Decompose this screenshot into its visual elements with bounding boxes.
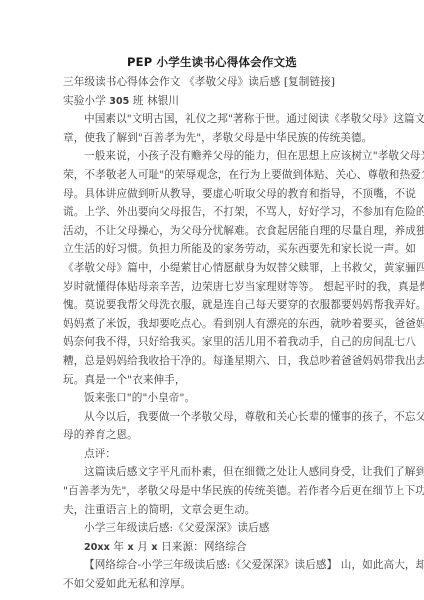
paragraph-line: 荣，不孝敬老人可耻"的荣辱观念，在行为上要做到体贴、关心、尊敬和热爱父 [63, 166, 363, 185]
paragraph-line: "百善孝为先"，孝敬父母是中华民族的传统美德。若作者今后更在细节上下功 [63, 482, 363, 501]
paragraph-line: 玩。真是一个"衣来伸手， [63, 371, 363, 390]
paragraph-line: 愧。莫说要我帮父母洗衣服，就是连自己每天要穿的衣服都要妈妈帮我弄好。 [63, 296, 363, 315]
paragraph-line: 母的养育之恩。 [63, 426, 363, 445]
source-year: 20xx [84, 542, 110, 553]
paragraph-line: 糟，总是妈妈给我收拾干净的。每逢星期六、日，我总吵着爸爸妈妈带我出去 [63, 352, 363, 371]
paragraph-line: 一般来说，小孩子没有赡养父母的能力，但在思想上应该树立"孝敬父母光 [63, 147, 363, 166]
paragraph-line: 这篇读后感文字平凡而朴素，但在细微之处让人感同身受，让我们了解到 [63, 463, 363, 482]
author-line: 实验小学 305 班 林银川 [63, 92, 363, 111]
source-year-suffix: 年 [110, 541, 128, 553]
document-title: PEP 小学生读书心得体会作文选 [0, 54, 424, 70]
paragraph-line: 谎。上学、外出要向父母报告，不打架，不骂人，好好学习，不参加有危险的 [63, 203, 363, 222]
paragraph-line: 妈奈何我不得，只好给我买。家里的活儿用不着我动手，自己的房间乱七八 [63, 333, 363, 352]
paragraph-line: 不如父爱如此无私和淳厚。 [63, 575, 363, 594]
paragraph-line: 【网络综合-小学三年级读后感:《父爱深深》读后感】 山，如此高大，却 [63, 556, 363, 575]
paragraph-line: 饭来张口"的"小皇帝"。 [63, 389, 363, 408]
source-line: 20xx 年 x 月 x 日来源：网络综合 [63, 538, 363, 557]
paragraph-line: 中国素以"文明古国，礼仪之邦"著称于世。通过阅读《孝敬父母》这篇文 [63, 110, 363, 129]
paragraph-line: 《孝敬父母》篇中，小缇萦甘心情愿献身为奴替父赎罪，上书救父，黄家骊四 [63, 259, 363, 278]
author-name: 班 林银川 [129, 95, 179, 107]
subtitle-line: 三年级读书心得体会作文 《孝敬父母》读后感 [复制链接] [63, 73, 363, 92]
paragraph-line: 夫，注重语言上的简明，文章会更生动。 [63, 501, 363, 520]
author-class-number: 305 [109, 96, 129, 107]
copy-link[interactable]: [复制链接] [284, 76, 335, 88]
paragraph-line: 妈妈煮了米饭，我却要吃点心。看到别人有漂亮的东西，就吵着要买，爸爸妈 [63, 315, 363, 334]
paragraph-line: 母。具体讲应做到听从教导，要虚心听取父母的教育和指导，不顶嘴，不说 [63, 185, 363, 204]
document-page: PEP 小学生读书心得体会作文选 三年级读书心得体会作文 《孝敬父母》读后感 [… [0, 0, 424, 600]
section-heading: 小学三年级读后感:《父爱深深》读后感 [63, 519, 363, 538]
subtitle-text: 三年级读书心得体会作文 《孝敬父母》读后感 [63, 76, 284, 88]
source-label: 日来源：网络综合 [158, 541, 247, 553]
paragraph-line: 立生活的好习惯。负担力所能及的家务劳动，买东西要先和家长说一声。如 [63, 240, 363, 259]
paragraph-line: 活动，不让父母操心，为父母分忧解难。衣食起居能自理的尽量自理，养成独 [63, 222, 363, 241]
document-body: 三年级读书心得体会作文 《孝敬父母》读后感 [复制链接] 实验小学 305 班 … [63, 73, 363, 594]
paragraph-line: 岁时就懂得体贴母亲辛苦，边荣唐七岁当家理财等等。 想起平时的我，真是惭 [63, 278, 363, 297]
source-month-suffix: 月 [134, 541, 152, 553]
author-school: 实验小学 [63, 95, 109, 107]
paragraph-line: 章，使我了解到"百善孝为先"，孝敬父母是中华民族的传统美德。 [63, 129, 363, 148]
paragraph-line: 从今以后，我要做一个孝敬父母，尊敬和关心长辈的懂事的孩子，不忘父 [63, 408, 363, 427]
comment-label: 点评： [63, 445, 363, 464]
